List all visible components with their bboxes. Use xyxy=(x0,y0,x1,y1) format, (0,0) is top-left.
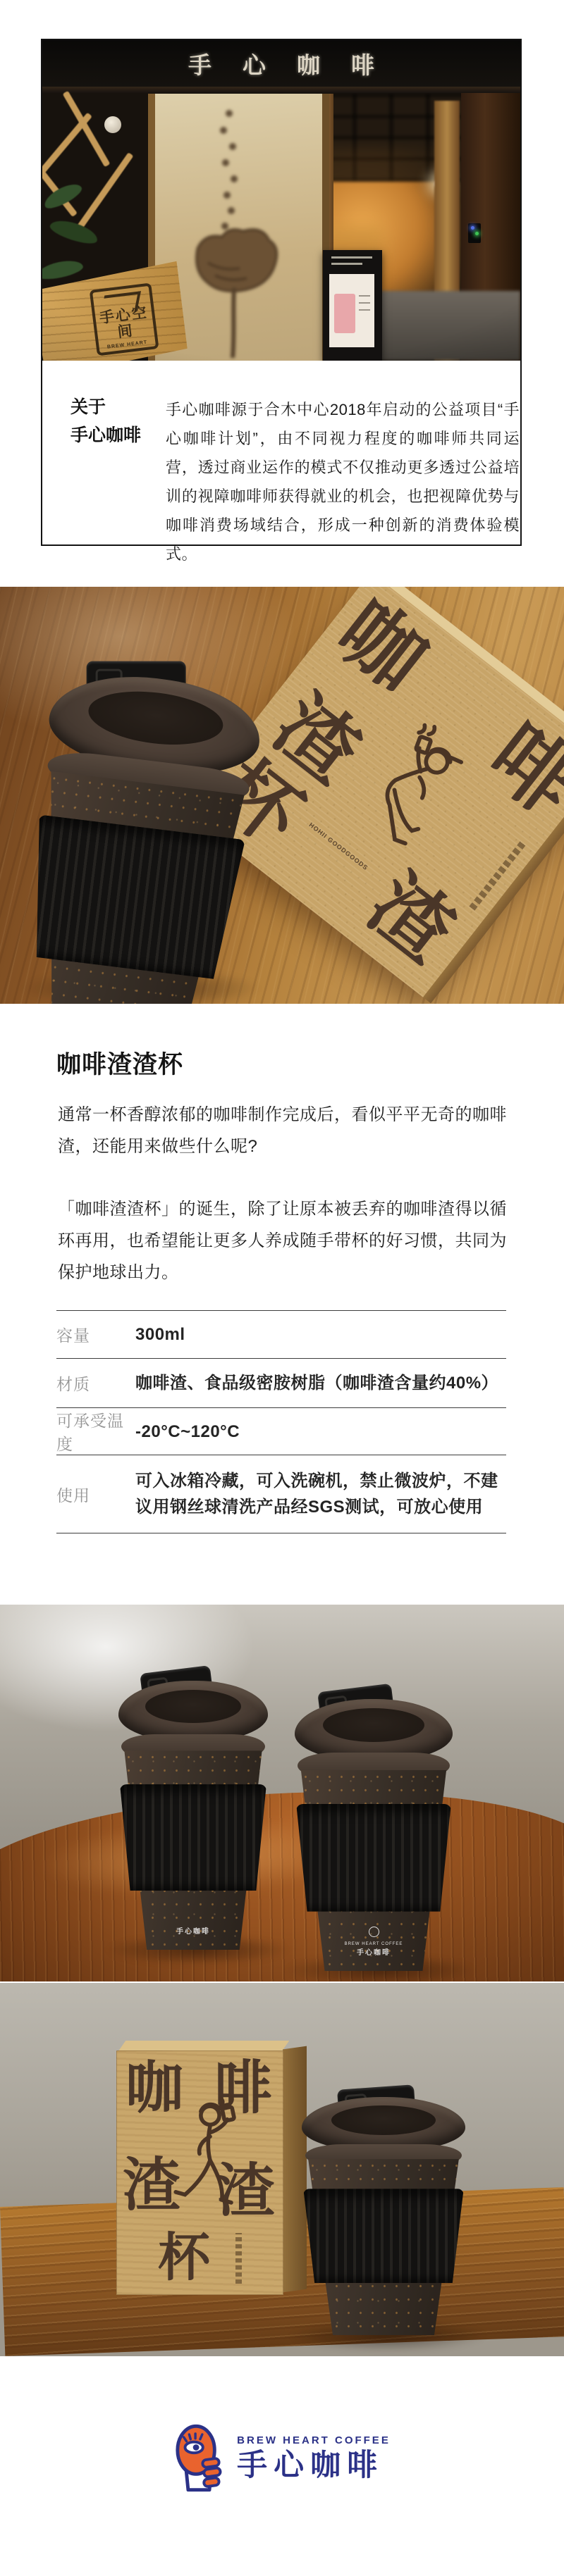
kraft-gift-box-front: 咖 啡 渣 渣 杯 xyxy=(116,2051,283,2295)
spec-row-material: 材质 咖啡渣、食品级密胺树脂（咖啡渣含量约40%） xyxy=(56,1358,506,1407)
product-photo-cup-and-box: 咖 啡 渣 渣 杯 HOHII GOODGOODS xyxy=(0,587,564,1004)
lid-well xyxy=(145,1690,241,1723)
product-page: 手心咖啡 xyxy=(0,0,564,2576)
about-framed-section: 手心咖啡 xyxy=(41,39,522,546)
spec-label: 容量 xyxy=(56,1323,135,1346)
box-character: 杯 xyxy=(158,2232,210,2284)
spec-value: 咖啡渣、食品级密胺树脂（咖啡渣含量约40%） xyxy=(135,1370,498,1396)
spec-row-usage: 使用 可入冰箱冷藏，可入洗碗机，禁止微波炉，不建议用钢丝球清洗产品经SGS测试，… xyxy=(56,1455,506,1533)
cup-sleeve xyxy=(120,1784,266,1891)
product-title: 咖啡渣渣杯 xyxy=(56,1045,183,1081)
lid-well xyxy=(85,685,226,751)
about-heading-line1: 关于 xyxy=(70,393,141,421)
cup-sleeve xyxy=(22,815,245,981)
brand-mini-icon xyxy=(369,1927,379,1937)
product-story-paragraph: 「咖啡渣渣杯」的诞生，除了让原本被丢弃的咖啡渣得以循环再用，也希望能让更多人养成… xyxy=(58,1193,516,1288)
spec-row-capacity: 容量 300ml xyxy=(56,1310,506,1358)
product-photo-two-cups: 手心咖啡 BREW HEART COFFEE 手心咖啡 xyxy=(0,1605,564,1981)
spec-value: 可入冰箱冷藏，可入洗碗机，禁止微波炉，不建议用钢丝球清洗产品经SGS测试，可放心… xyxy=(135,1468,502,1520)
about-section: 关于 手心咖啡 手心咖啡源于合木中心2018年启动的公益项目“手心咖啡计划”，由… xyxy=(42,361,520,543)
lid-well xyxy=(331,2105,436,2135)
product-photo-box-and-cup: 咖 啡 渣 渣 杯 xyxy=(0,1983,564,2356)
coffee-grounds-cup-left: 手心咖啡 xyxy=(118,1669,268,1950)
cup-lid xyxy=(302,2097,465,2151)
cup-brand-print: 手心咖啡 xyxy=(118,1925,268,1936)
brand-cup-heart-icon xyxy=(173,2422,223,2495)
brand-wordmark: BREW HEART COFFEE 手心咖啡 xyxy=(237,2434,391,2482)
cup-print-cn: 手心咖啡 xyxy=(118,1925,268,1936)
footer-logo: BREW HEART COFFEE 手心咖啡 xyxy=(0,2422,564,2495)
about-heading-line2: 手心咖啡 xyxy=(70,421,141,449)
cup-sleeve xyxy=(303,2189,463,2283)
coffee-grounds-cup-right: BREW HEART COFFEE 手心咖啡 xyxy=(295,1688,453,1971)
spec-row-temperature: 可承受温度 -20°C~120°C xyxy=(56,1407,506,1455)
photo-vignette xyxy=(42,40,520,361)
product-intro-paragraph: 通常一杯香醇浓郁的咖啡制作完成后，看似平平无奇的咖啡渣，还能用来做些什么呢? xyxy=(58,1099,516,1162)
coffee-grounds-cup: 手心咖啡 xyxy=(12,652,267,1004)
brand-name-cn: 手心咖啡 xyxy=(237,2449,391,2482)
spec-table: 容量 300ml 材质 咖啡渣、食品级密胺树脂（咖啡渣含量约40%） 可承受温度… xyxy=(56,1310,506,1533)
about-paragraph: 手心咖啡源于合木中心2018年启动的公益项目“手心咖啡计划”，由不同视力程度的咖… xyxy=(166,395,520,568)
spec-label: 可承受温度 xyxy=(56,1408,135,1455)
cup-sleeve xyxy=(296,1804,451,1912)
box-character: 渣 xyxy=(356,863,467,973)
coffee-grounds-cup xyxy=(302,2087,465,2335)
lid-well xyxy=(323,1708,424,1742)
about-heading: 关于 手心咖啡 xyxy=(70,393,141,449)
storefront-photo: 手心咖啡 xyxy=(42,40,520,361)
spec-label: 材质 xyxy=(56,1371,135,1395)
spec-value: -20°C~120°C xyxy=(135,1419,240,1445)
spec-label: 使用 xyxy=(56,1483,135,1506)
cup-brand-print: BREW HEART COFFEE 手心咖啡 xyxy=(295,1927,453,1957)
box-illustration-person xyxy=(147,2092,252,2226)
box-fine-print xyxy=(235,2233,242,2284)
cup-lid xyxy=(118,1681,268,1743)
spec-value: 300ml xyxy=(135,1321,185,1348)
cup-lid xyxy=(295,1699,453,1761)
brand-name-en: BREW HEART COFFEE xyxy=(237,2434,391,2446)
cup-print-cn: 手心咖啡 xyxy=(295,1946,453,1957)
